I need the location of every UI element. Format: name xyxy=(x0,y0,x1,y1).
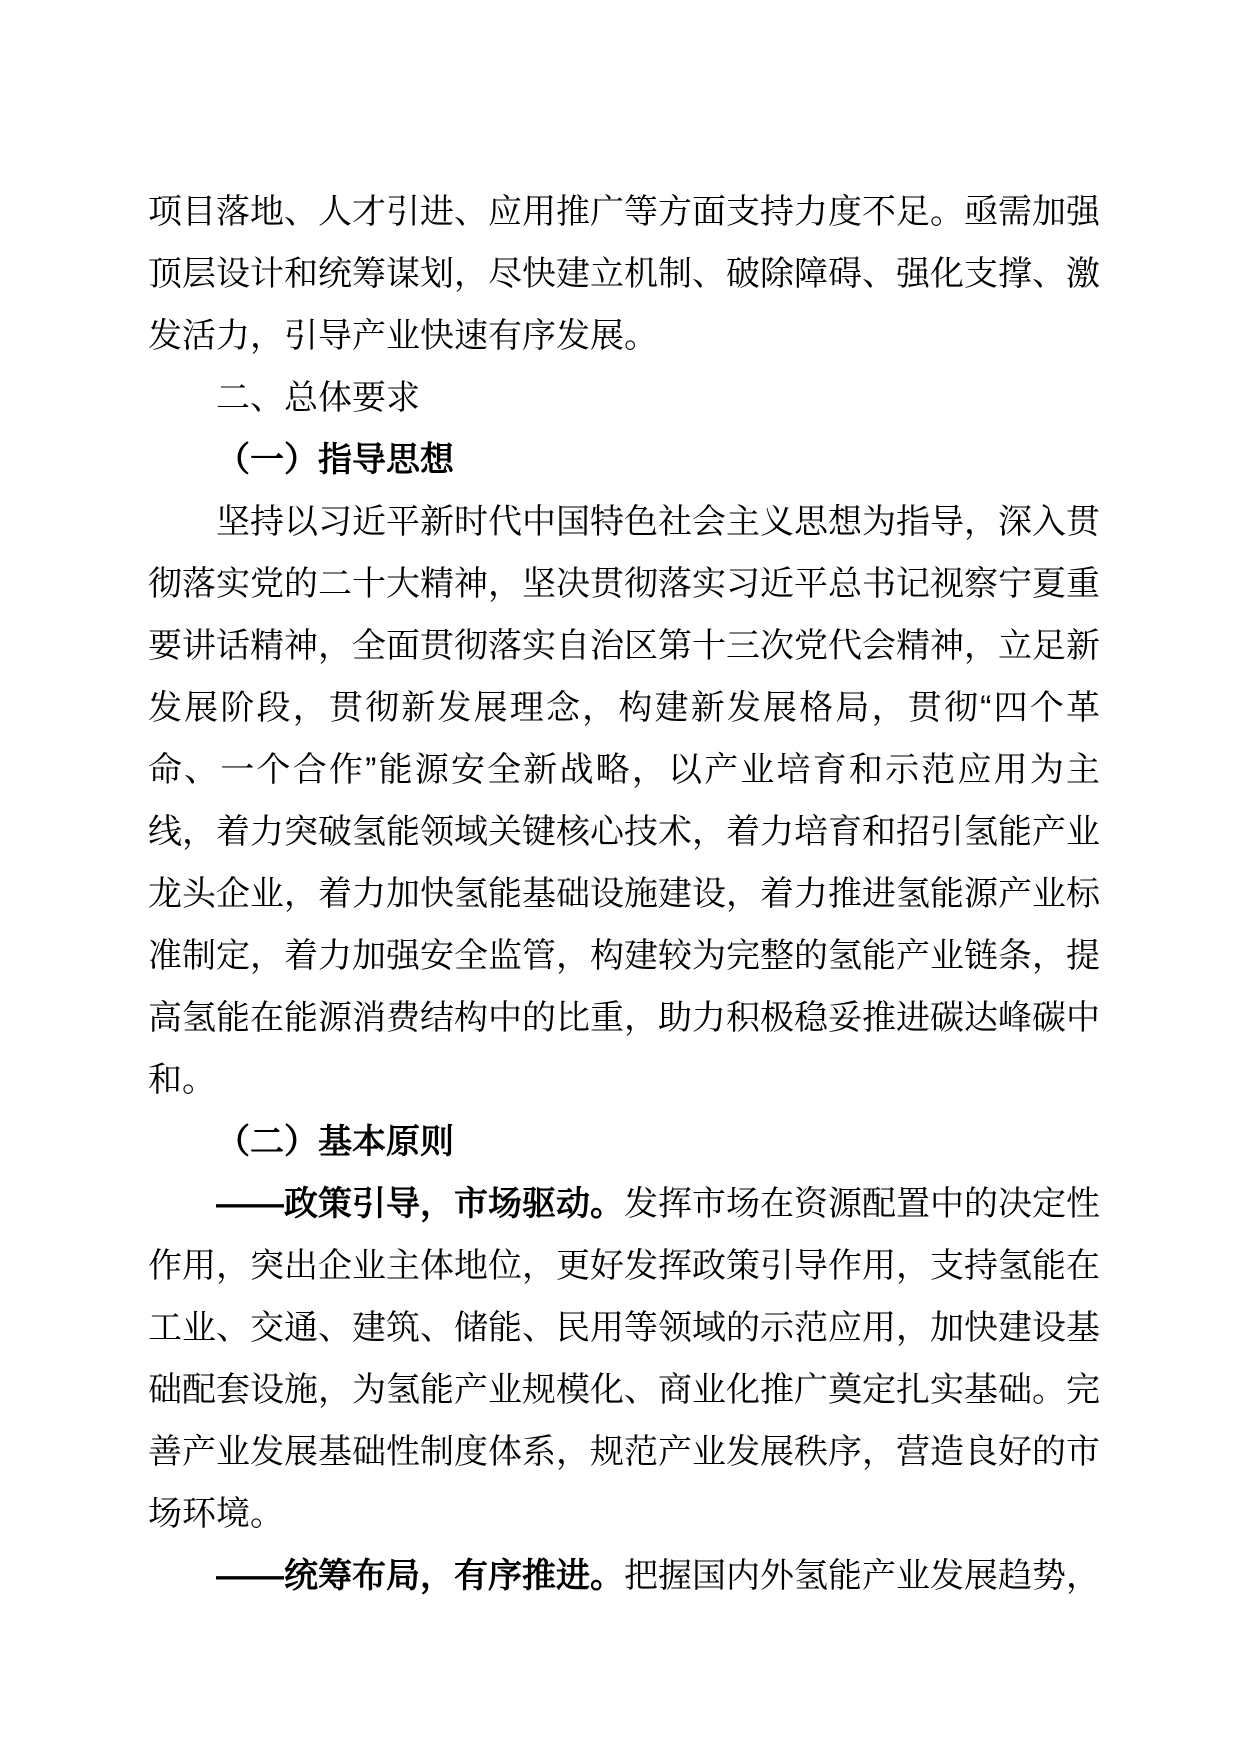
principle-text-coordinated-layout: 把握国内外氢能产业发展趋势， xyxy=(624,1557,1100,1595)
paragraph-principle-policy-guidance: ——政策引导，市场驱动。发挥市场在资源配置中的决定性作用，突出企业主体地位，更好… xyxy=(148,1173,1100,1545)
paragraph-continuation: 项目落地、人才引进、应用推广等方面支持力度不足。亟需加强顶层设计和统筹谋划，尽快… xyxy=(148,181,1100,367)
paragraph-principle-coordinated-layout: ——统筹布局，有序推进。把握国内外氢能产业发展趋势， xyxy=(148,1545,1100,1607)
section-heading-overall-requirements: 二、总体要求 xyxy=(148,367,1100,429)
subsection-heading-basic-principles: （二）基本原则 xyxy=(148,1111,1100,1173)
paragraph-guiding-ideology: 坚持以习近平新时代中国特色社会主义思想为指导，深入贯彻落实党的二十大精神，坚决贯… xyxy=(148,491,1100,1111)
subsection-heading-guiding-ideology: （一）指导思想 xyxy=(148,429,1100,491)
principle-lead-policy-guidance: ——政策引导，市场驱动。 xyxy=(216,1185,624,1223)
principle-lead-coordinated-layout: ——统筹布局，有序推进。 xyxy=(216,1557,624,1595)
document-page: 项目落地、人才引进、应用推广等方面支持力度不足。亟需加强顶层设计和统筹谋划，尽快… xyxy=(148,181,1100,1607)
principle-text-policy-guidance: 发挥市场在资源配置中的决定性作用，突出企业主体地位，更好发挥政策引导作用，支持氢… xyxy=(148,1185,1100,1533)
